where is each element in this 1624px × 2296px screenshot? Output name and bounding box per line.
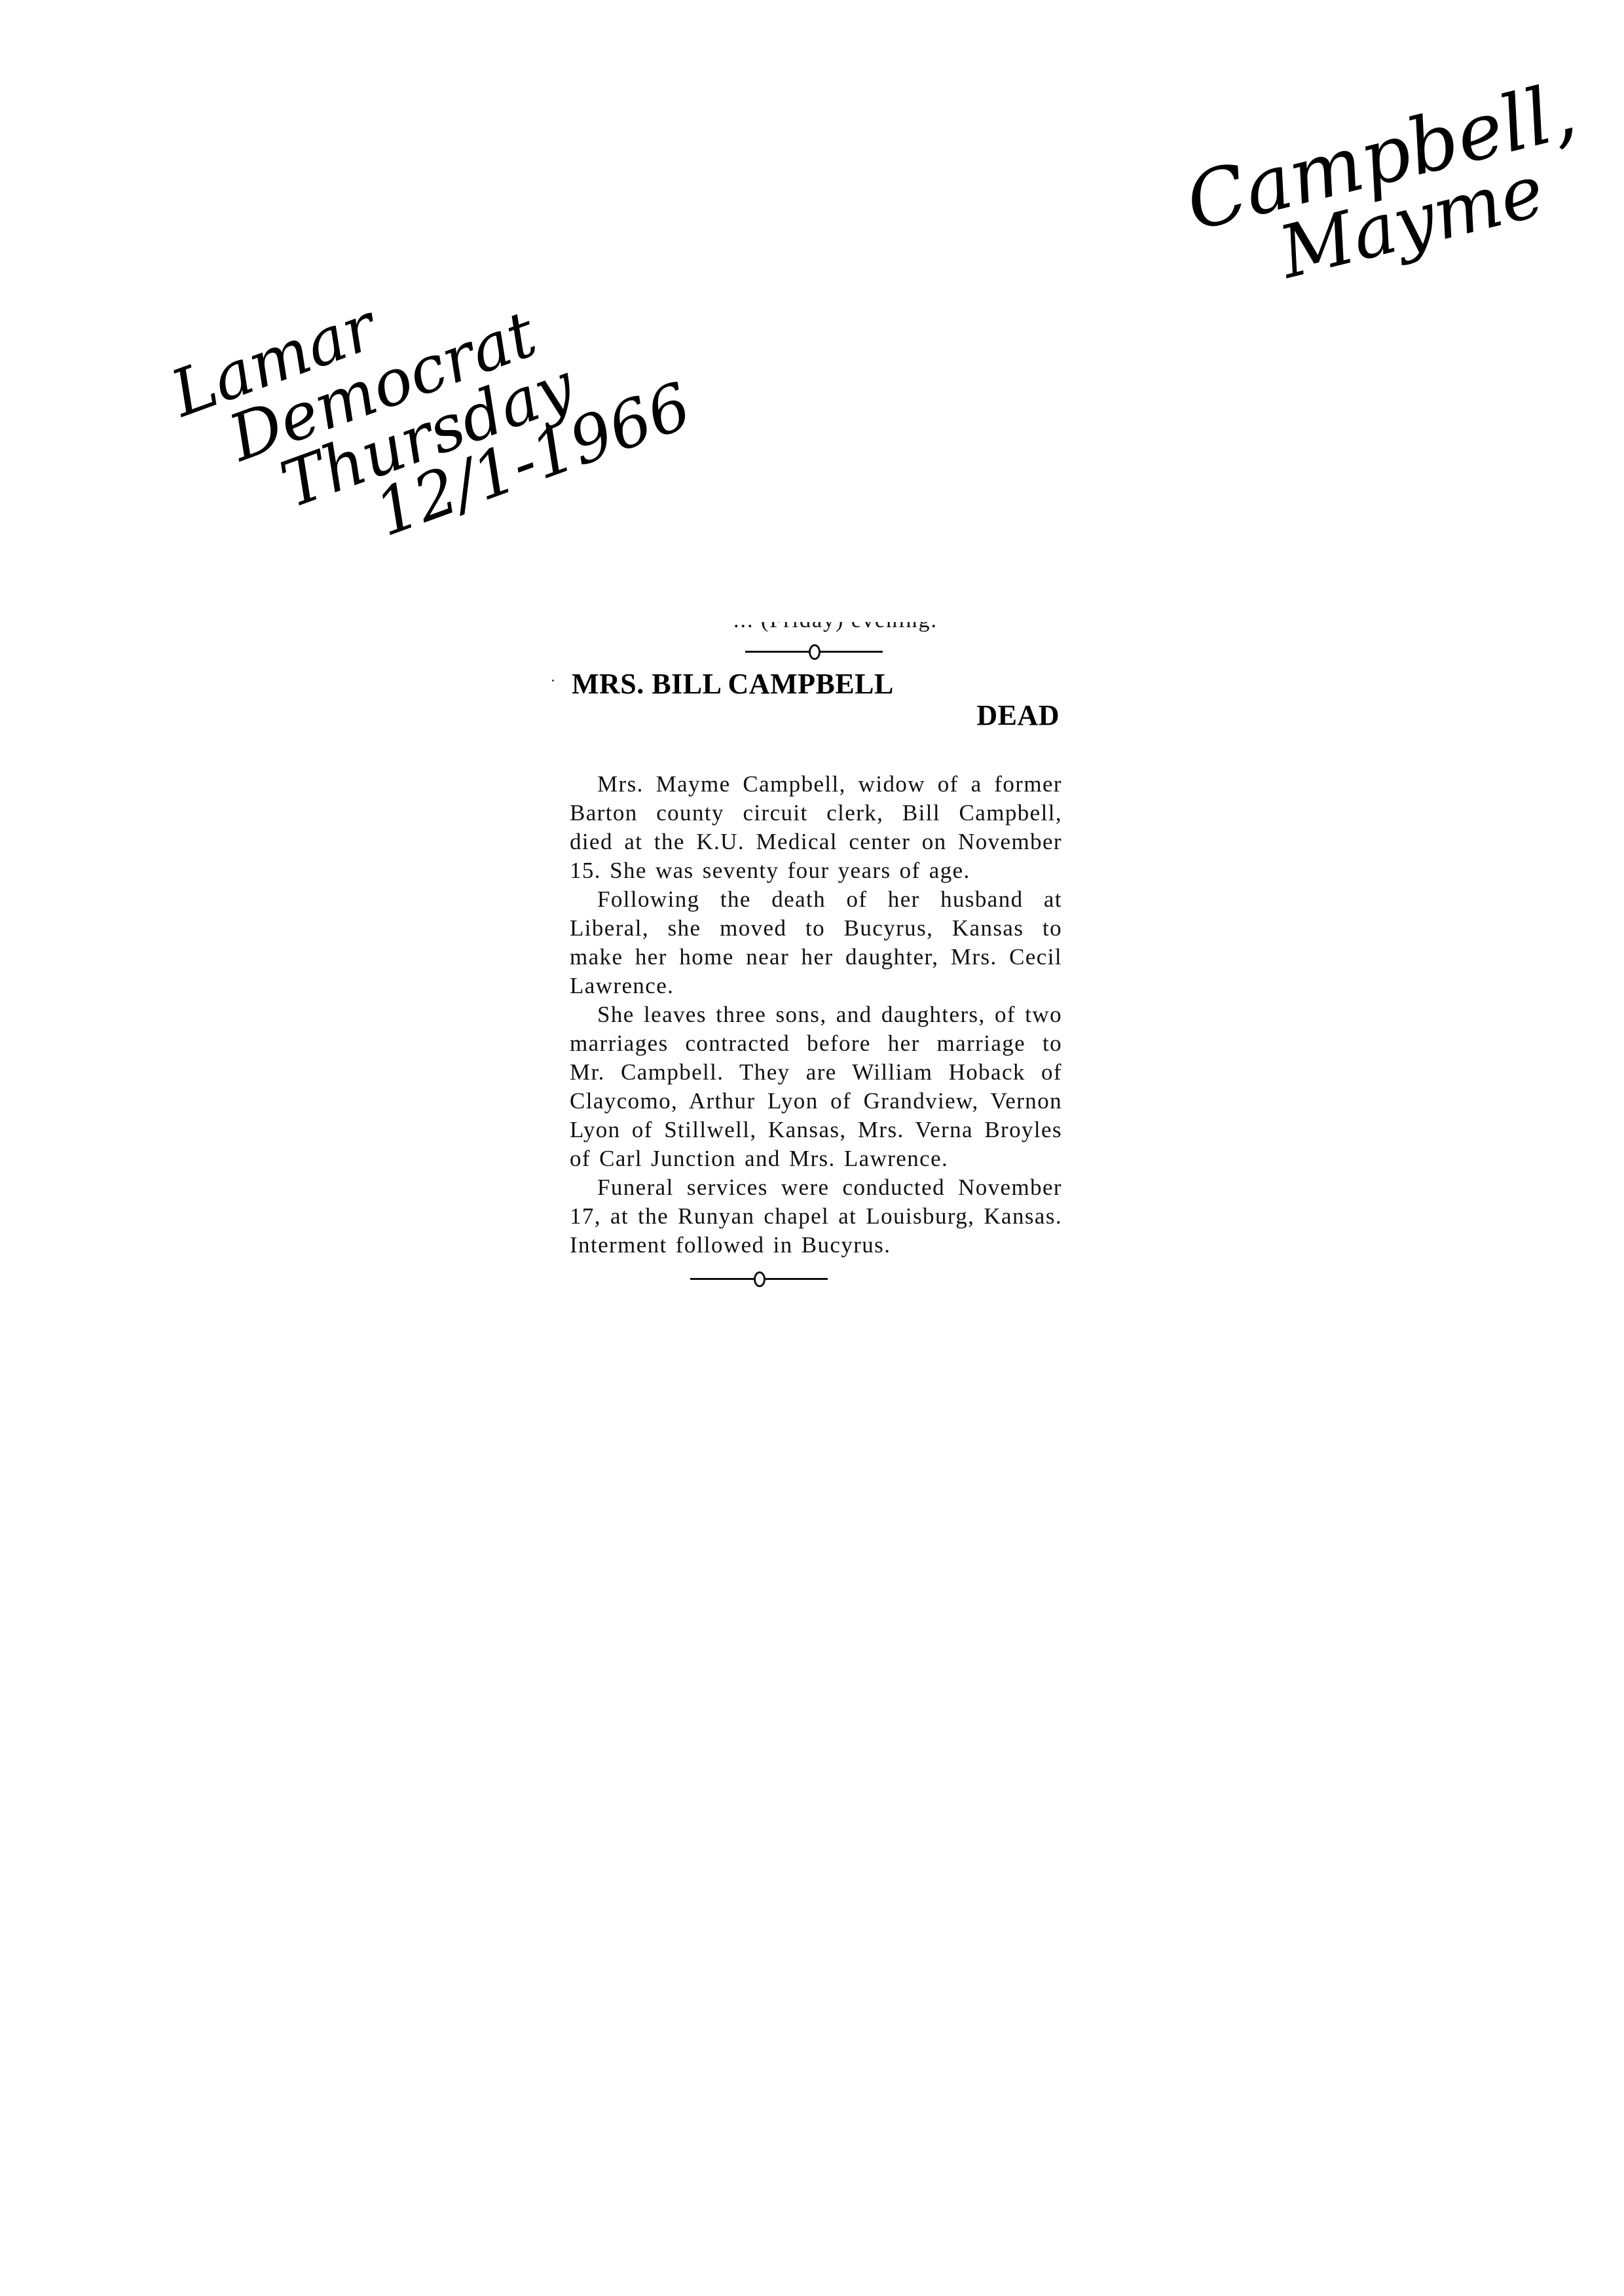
- article-paragraph: Following the death of her husband at Li…: [570, 885, 1062, 1000]
- article-paragraph: She leaves three sons, and daughters, of…: [570, 1000, 1062, 1173]
- divider-ornament-icon: [745, 644, 883, 659]
- newspaper-clipping: ... (Friday) evening. MRS. BILL CAMPBELL…: [570, 622, 1062, 1286]
- handwritten-subject-name: Campbell, Mayme: [1179, 71, 1599, 308]
- headline-line-2: DEAD: [570, 701, 1062, 731]
- stray-ink-mark: [552, 680, 554, 682]
- article-headline: MRS. BILL CAMPBELL DEAD: [570, 669, 1062, 731]
- cutoff-previous-article-line: ... (Friday) evening.: [570, 622, 1062, 639]
- divider-ornament-icon: [690, 1271, 828, 1286]
- article-body: Mrs. Mayme Campbell, widow of a former B…: [570, 770, 1062, 1260]
- article-paragraph: Funeral services were conducted November…: [570, 1173, 1062, 1260]
- handwritten-source-note: Lamar Democrat Thursday 12/1-1966: [164, 202, 699, 598]
- circle-ornament-icon: [754, 1271, 766, 1287]
- headline-line-1: MRS. BILL CAMPBELL: [570, 669, 1062, 699]
- article-paragraph: Mrs. Mayme Campbell, widow of a former B…: [570, 770, 1062, 885]
- circle-ornament-icon: [809, 644, 821, 660]
